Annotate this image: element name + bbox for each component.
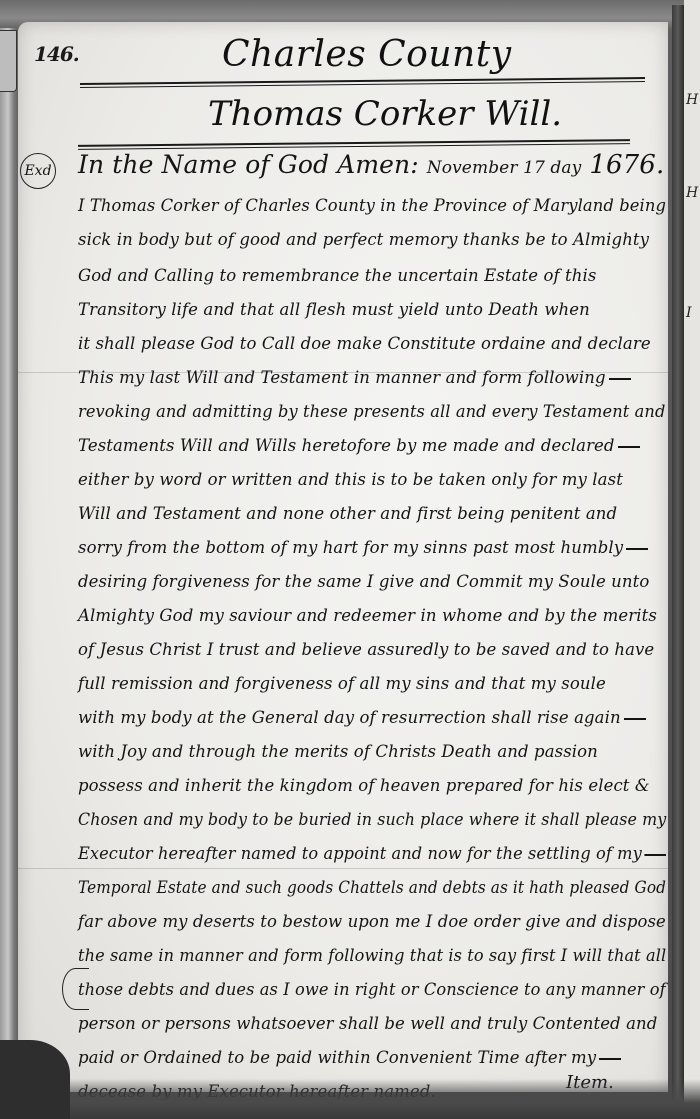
- text-line: possess and inherit the kingdom of heave…: [78, 776, 650, 795]
- text-line: sick in body but of good and perfect mem…: [78, 230, 649, 249]
- will-date: November 17 day: [427, 158, 582, 178]
- text-line: Executor hereafter named to appoint and …: [78, 844, 666, 863]
- adjacent-page-mark: H: [686, 92, 698, 108]
- text-line: person or persons whatsoever shall be we…: [78, 1014, 657, 1033]
- text-line: it shall please God to Call doe make Con…: [78, 334, 651, 353]
- line-filler-dash: [618, 446, 640, 448]
- left-binding-gutter: [0, 28, 20, 1119]
- text-line: This my last Will and Testament in manne…: [78, 368, 631, 387]
- text-line-content: with my body at the General day of resur…: [78, 708, 621, 727]
- line-filler-dash: [626, 548, 648, 550]
- text-line: Temporal Estate and such goods Chattels …: [78, 878, 666, 897]
- text-line: with Joy and through the merits of Chris…: [78, 742, 598, 761]
- text-line: with my body at the General day of resur…: [78, 708, 646, 727]
- text-line: full remission and forgiveness of all my…: [78, 674, 606, 693]
- line-filler-dash: [645, 854, 667, 856]
- will-title: Thomas Corker Will.: [208, 94, 562, 134]
- page-corner-shadow: [0, 1040, 70, 1119]
- text-line-content: This my last Will and Testament in manne…: [78, 368, 606, 387]
- text-line: of Jesus Christ I trust and believe assu…: [78, 640, 654, 659]
- text-line: God and Calling to remembrance the uncer…: [78, 266, 596, 285]
- text-line: those debts and dues as I owe in right o…: [78, 980, 666, 999]
- text-line: Almighty God my saviour and redeemer in …: [78, 606, 657, 625]
- will-year: 1676.: [589, 150, 664, 180]
- text-line: Will and Testament and none other and fi…: [78, 504, 617, 523]
- examined-margin-mark: Exd: [20, 153, 56, 189]
- text-line-content: sorry from the bottom of my hart for my …: [78, 538, 623, 557]
- invocation: In the Name of God Amen:: [78, 150, 419, 179]
- right-binding-stripe: [672, 5, 684, 1119]
- line-filler-dash: [624, 718, 646, 720]
- opening-line: In the Name of God Amen: November 17 day…: [78, 150, 664, 180]
- adjacent-page-edge: [684, 0, 700, 1119]
- text-line: I Thomas Corker of Charles County in the…: [78, 196, 666, 215]
- text-line: desiring forgiveness for the same I give…: [78, 572, 649, 591]
- adjacent-page-mark: H: [686, 185, 698, 201]
- text-line: revoking and admitting by these presents…: [78, 402, 665, 421]
- line-filler-dash: [609, 378, 631, 380]
- line-filler-dash: [599, 1058, 621, 1060]
- text-line-content: Testaments Will and Wills heretofore by …: [78, 436, 615, 455]
- county-heading: Charles County: [222, 34, 512, 75]
- adjacent-page-mark: I: [686, 305, 692, 321]
- manuscript-page: [18, 22, 668, 1092]
- page-bottom-edge: [0, 1079, 700, 1119]
- page-number: 146.: [34, 42, 79, 66]
- faint-ruling: [18, 868, 668, 869]
- text-line: Transitory life and that all flesh must …: [78, 300, 590, 319]
- text-line: either by word or written and this is to…: [78, 470, 623, 489]
- text-line: sorry from the bottom of my hart for my …: [78, 538, 648, 557]
- text-line: far above my deserts to bestow upon me I…: [78, 912, 666, 931]
- text-line: the same in manner and form following th…: [78, 946, 666, 965]
- text-line: Testaments Will and Wills heretofore by …: [78, 436, 640, 455]
- text-line-content: Executor hereafter named to appoint and …: [78, 844, 642, 863]
- binding-tab: [0, 30, 17, 92]
- text-line: Chosen and my body to be buried in such …: [78, 810, 666, 829]
- text-line: paid or Ordained to be paid within Conve…: [78, 1048, 621, 1067]
- text-line-content: paid or Ordained to be paid within Conve…: [78, 1048, 596, 1067]
